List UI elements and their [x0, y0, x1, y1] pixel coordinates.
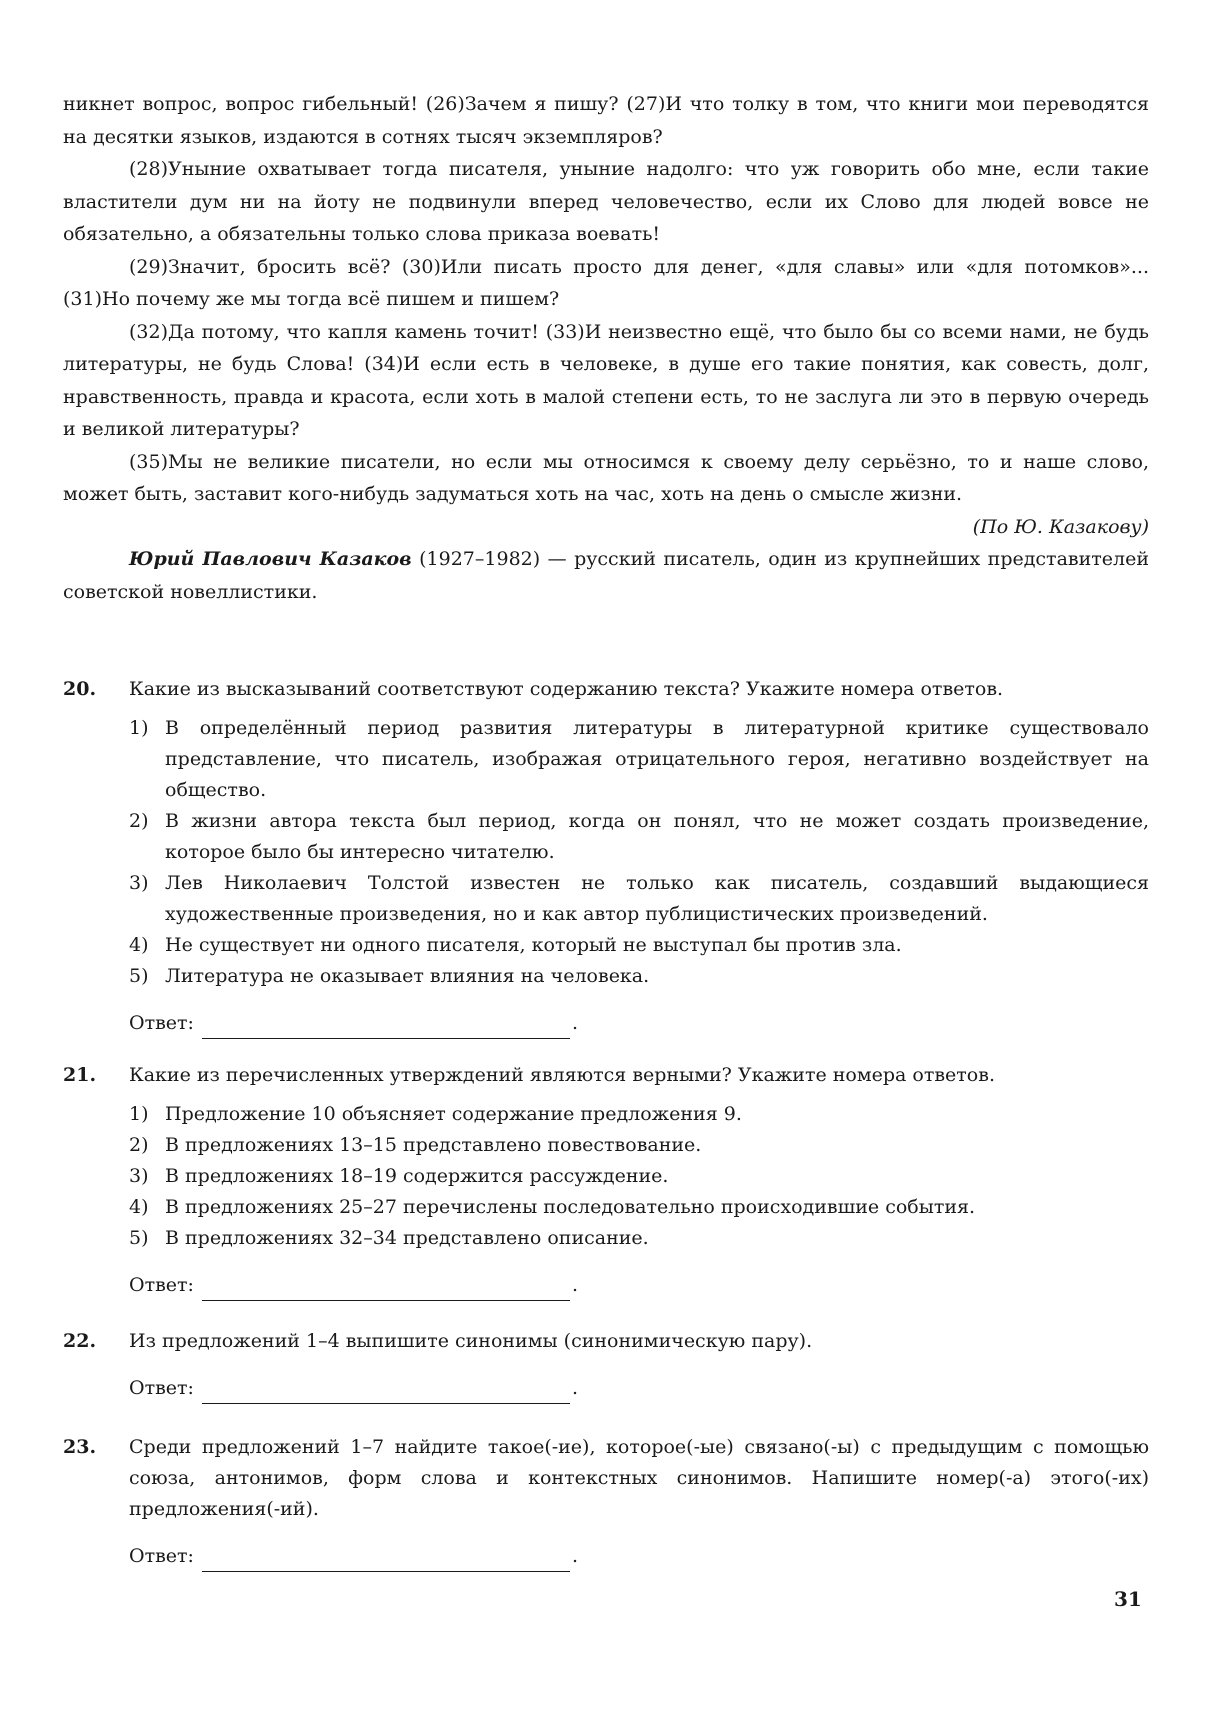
task-number: 23.	[63, 1432, 96, 1463]
task-question: Среди предложений 1–7 найдите такое(-ие)…	[129, 1432, 1149, 1525]
answer-row: Ответ: .	[129, 1008, 1149, 1039]
answer-label: Ответ:	[129, 1008, 194, 1039]
option-text: Предложение 10 объясняет содержание пред…	[165, 1103, 742, 1125]
author-name: Юрий Павлович Казаков	[129, 548, 412, 570]
answer-field[interactable]	[202, 1549, 570, 1572]
option-item: 5)В предложениях 32–34 представлено опис…	[129, 1223, 1149, 1254]
option-item: 4)Не существует ни одного писателя, кото…	[129, 930, 1149, 961]
paragraph-29: (29)Значит, бросить всё? (30)Или писать …	[63, 251, 1149, 316]
option-list: 1)В определённый период развития литерат…	[129, 713, 1149, 992]
answer-field[interactable]	[202, 1381, 570, 1404]
option-item: 1)В определённый период развития литерат…	[129, 713, 1149, 806]
option-number: 3)	[129, 868, 149, 899]
answer-field[interactable]	[202, 1016, 570, 1039]
option-text: Литература не оказывает влияния на челов…	[165, 965, 649, 987]
paragraph-continuation: никнет вопрос, вопрос гибельный! (26)Зач…	[63, 88, 1149, 153]
source-text: никнет вопрос, вопрос гибельный! (26)Зач…	[63, 88, 1149, 608]
option-text: В жизни автора текста был период, когда …	[165, 810, 1149, 863]
task-number: 22.	[63, 1326, 96, 1357]
paragraph-35: (35)Мы не великие писатели, но если мы о…	[63, 446, 1149, 511]
option-item: 1)Предложение 10 объясняет содержание пр…	[129, 1099, 1149, 1130]
answer-row: Ответ: .	[129, 1270, 1149, 1301]
option-text: В определённый период развития литератур…	[165, 717, 1149, 801]
option-number: 1)	[129, 1099, 149, 1130]
answer-label: Ответ:	[129, 1541, 194, 1572]
option-number: 1)	[129, 713, 149, 744]
document-page: никнет вопрос, вопрос гибельный! (26)Зач…	[0, 0, 1210, 1712]
task-21: 21. Какие из перечисленных утверждений я…	[63, 1060, 1149, 1301]
task-question: Какие из высказываний соответствуют соде…	[129, 674, 1149, 705]
task-22: 22. Из предложений 1–4 выпишите синонимы…	[63, 1326, 1149, 1404]
answer-row: Ответ: .	[129, 1373, 1149, 1404]
option-number: 2)	[129, 1130, 149, 1161]
task-23: 23. Среди предложений 1–7 найдите такое(…	[63, 1432, 1149, 1572]
option-item: 4)В предложениях 25–27 перечислены после…	[129, 1192, 1149, 1223]
option-text: В предложениях 32–34 представлено описан…	[165, 1227, 649, 1249]
option-item: 3)В предложениях 18–19 содержится рассуж…	[129, 1161, 1149, 1192]
author-bio: Юрий Павлович Казаков (1927–1982) — русс…	[63, 543, 1149, 608]
option-number: 5)	[129, 961, 149, 992]
answer-label: Ответ:	[129, 1373, 194, 1404]
option-number: 3)	[129, 1161, 149, 1192]
option-number: 5)	[129, 1223, 149, 1254]
option-text: Не существует ни одного писателя, которы…	[165, 934, 902, 956]
answer-label: Ответ:	[129, 1270, 194, 1301]
task-question: Какие из перечисленных утверждений являю…	[129, 1060, 1149, 1091]
option-text: В предложениях 18–19 содержится рассужде…	[165, 1165, 668, 1187]
option-item: 2)В предложениях 13–15 представлено пове…	[129, 1130, 1149, 1161]
paragraph-32: (32)Да потому, что капля камень точит! (…	[63, 316, 1149, 446]
task-20: 20. Какие из высказываний соответствуют …	[63, 674, 1149, 1039]
task-question: Из предложений 1–4 выпишите синонимы (си…	[129, 1326, 1149, 1357]
option-item: 5)Литература не оказывает влияния на чел…	[129, 961, 1149, 992]
option-item: 2)В жизни автора текста был период, когд…	[129, 806, 1149, 868]
option-text: Лев Николаевич Толстой известен не тольк…	[165, 872, 1149, 925]
option-list: 1)Предложение 10 объясняет содержание пр…	[129, 1099, 1149, 1254]
task-number: 20.	[63, 674, 96, 705]
answer-field[interactable]	[202, 1278, 570, 1301]
option-text: В предложениях 13–15 представлено повест…	[165, 1134, 701, 1156]
option-text: В предложениях 25–27 перечислены последо…	[165, 1196, 975, 1218]
answer-row: Ответ: .	[129, 1541, 1149, 1572]
option-number: 2)	[129, 806, 149, 837]
option-number: 4)	[129, 930, 149, 961]
page-number: 31	[1114, 1587, 1142, 1611]
option-number: 4)	[129, 1192, 149, 1223]
option-item: 3)Лев Николаевич Толстой известен не тол…	[129, 868, 1149, 930]
text-source: (По Ю. Казакову)	[63, 511, 1149, 544]
paragraph-28: (28)Уныние охватывает тогда писателя, ун…	[63, 153, 1149, 251]
task-number: 21.	[63, 1060, 96, 1091]
